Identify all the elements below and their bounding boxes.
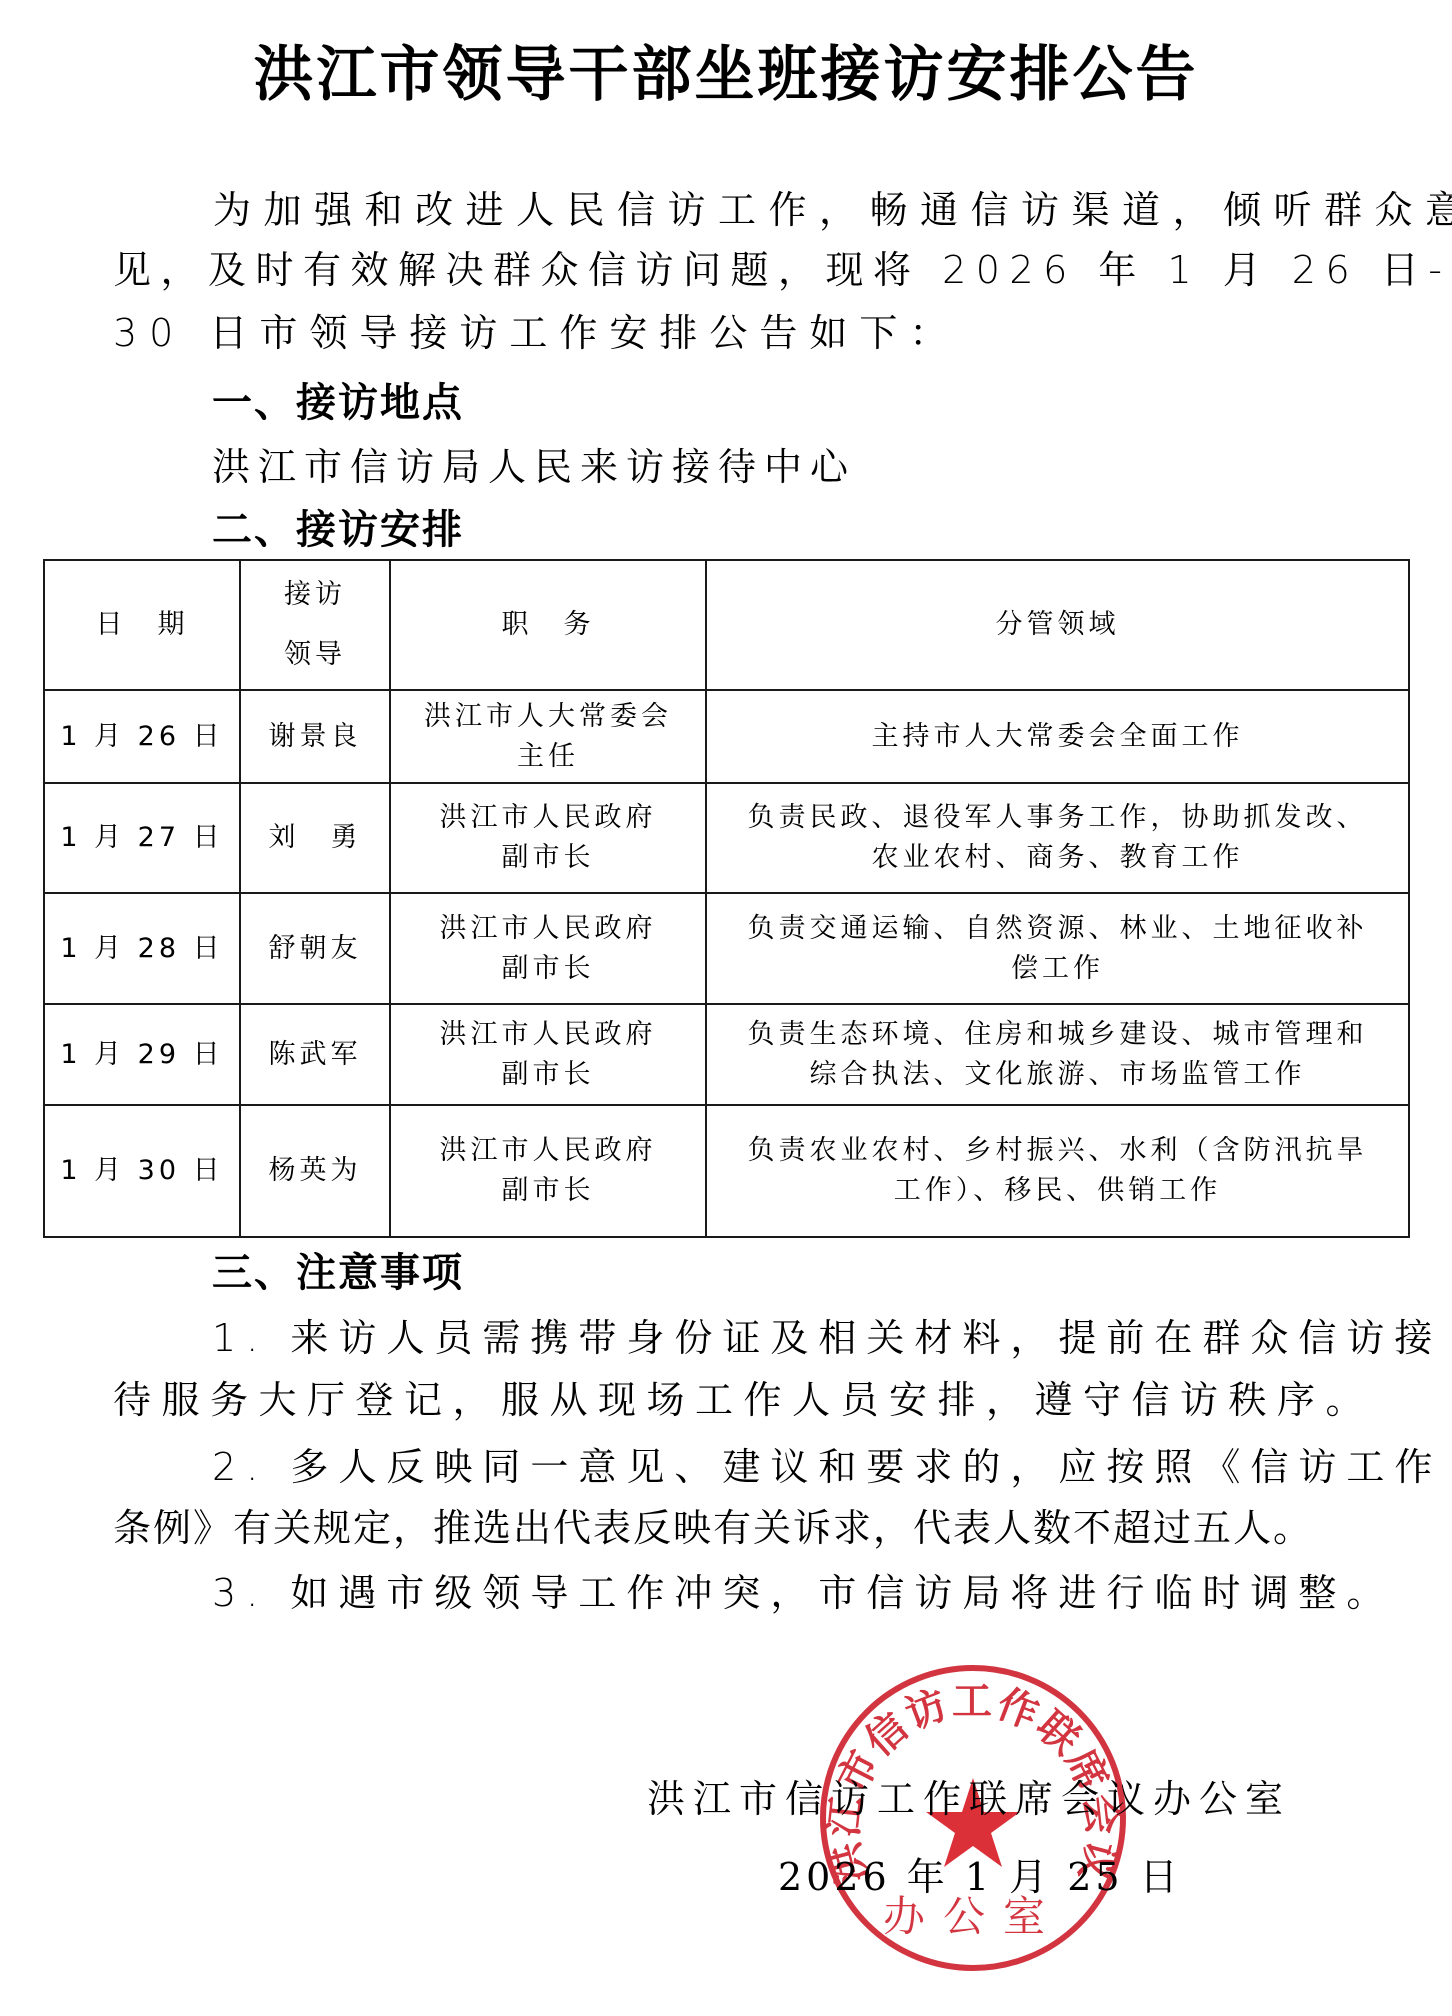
location-text: 洪江市信访局人民来访接待中心 (212, 442, 856, 492)
table-header-row: 日 期 接访 领导 职 务 分管领域 (44, 560, 1409, 690)
cell-leader: 舒朝友 (240, 893, 390, 1004)
section-heading-schedule: 二、接访安排 (212, 505, 464, 555)
domain-line2: 偿工作 (721, 949, 1394, 989)
domain-line2: 农业农村、商务、教育工作 (721, 838, 1394, 878)
position-line2: 副市长 (405, 949, 691, 989)
cell-domain: 主持市人大常委会全面工作 (706, 690, 1409, 783)
cell-domain: 负责民政、退役军人事务工作，协助抓发改、 农业农村、商务、教育工作 (706, 783, 1409, 893)
cell-leader: 谢景良 (240, 690, 390, 783)
position-line2: 主任 (405, 737, 691, 777)
schedule-table: 日 期 接访 领导 职 务 分管领域 1 月 26 日 谢景良 洪江市人大常委会… (43, 559, 1410, 1238)
note-2-line-2: 条例》有关规定，推选出代表反映有关诉求，代表人数不超过五人。 (113, 1503, 1313, 1553)
cell-position: 洪江市人民政府 副市长 (390, 1004, 706, 1105)
position-line1: 洪江市人民政府 (405, 798, 691, 838)
domain-line1: 负责生态环境、住房和城乡建设、城市管理和 (721, 1015, 1394, 1055)
table-row: 1 月 29 日 陈武军 洪江市人民政府 副市长 负责生态环境、住房和城乡建设、… (44, 1004, 1409, 1105)
cell-domain: 负责农业农村、乡村振兴、水利（含防汛抗旱 工作）、移民、供销工作 (706, 1105, 1409, 1237)
cell-domain: 负责交通运输、自然资源、林业、土地征收补 偿工作 (706, 893, 1409, 1004)
section-heading-notes: 三、注意事项 (212, 1248, 464, 1298)
cell-leader: 陈武军 (240, 1004, 390, 1105)
header-date: 日 期 (44, 560, 240, 690)
note-3-line-1: 3. 如遇市级领导工作冲突，市信访局将进行临时调整。 (212, 1568, 1394, 1618)
position-line2: 副市长 (405, 1171, 691, 1211)
domain-line2: 工作）、移民、供销工作 (721, 1171, 1394, 1211)
position-line1: 洪江市人大常委会 (405, 697, 691, 737)
domain-line1: 负责民政、退役军人事务工作，协助抓发改、 (721, 798, 1394, 838)
cell-date: 1 月 28 日 (44, 893, 240, 1004)
note-2-line-1: 2. 多人反映同一意见、建议和要求的，应按照《信访工作 (212, 1442, 1442, 1492)
intro-line-3: 30 日市领导接访工作安排公告如下： (113, 308, 959, 358)
cell-position: 洪江市人民政府 副市长 (390, 1105, 706, 1237)
issuing-organization: 洪江市信访工作联席会议办公室 (647, 1774, 1291, 1824)
cell-position: 洪江市人民政府 副市长 (390, 893, 706, 1004)
issue-date: 2026 年 1 月 25 日 (778, 1852, 1182, 1902)
header-leader-line1: 接访 (255, 575, 375, 615)
cell-domain: 负责生态环境、住房和城乡建设、城市管理和 综合执法、文化旅游、市场监管工作 (706, 1004, 1409, 1105)
position-line1: 洪江市人民政府 (405, 1015, 691, 1055)
cell-position: 洪江市人民政府 副市长 (390, 783, 706, 893)
header-leader-line2: 领导 (255, 635, 375, 675)
cell-date: 1 月 27 日 (44, 783, 240, 893)
domain-line1: 负责农业农村、乡村振兴、水利（含防汛抗旱 (721, 1131, 1394, 1171)
header-leader: 接访 领导 (240, 560, 390, 690)
position-line2: 副市长 (405, 838, 691, 878)
document-title: 洪江市领导干部坐班接访安排公告 (0, 40, 1452, 110)
table-row: 1 月 28 日 舒朝友 洪江市人民政府 副市长 负责交通运输、自然资源、林业、… (44, 893, 1409, 1004)
position-line2: 副市长 (405, 1055, 691, 1095)
intro-line-1: 为加强和改进人民信访工作，畅通信访渠道，倾听群众意 (213, 185, 1452, 235)
position-line1: 洪江市人民政府 (405, 909, 691, 949)
note-1-line-1: 1. 来访人员需携带身份证及相关材料，提前在群众信访接 (212, 1313, 1442, 1363)
position-line1: 洪江市人民政府 (405, 1131, 691, 1171)
header-position: 职 务 (390, 560, 706, 690)
table-row: 1 月 27 日 刘 勇 洪江市人民政府 副市长 负责民政、退役军人事务工作，协… (44, 783, 1409, 893)
domain-line1: 主持市人大常委会全面工作 (721, 717, 1394, 757)
cell-position: 洪江市人大常委会 主任 (390, 690, 706, 783)
note-1-line-2: 待服务大厅登记，服从现场工作人员安排，遵守信访秩序。 (113, 1375, 1374, 1425)
cell-leader: 刘 勇 (240, 783, 390, 893)
domain-line2: 综合执法、文化旅游、市场监管工作 (721, 1055, 1394, 1095)
cell-date: 1 月 26 日 (44, 690, 240, 783)
table-row: 1 月 30 日 杨英为 洪江市人民政府 副市长 负责农业农村、乡村振兴、水利（… (44, 1105, 1409, 1237)
section-heading-location: 一、接访地点 (212, 378, 464, 428)
cell-date: 1 月 29 日 (44, 1004, 240, 1105)
header-domain: 分管领域 (706, 560, 1409, 690)
domain-line1: 负责交通运输、自然资源、林业、土地征收补 (721, 909, 1394, 949)
intro-line-2: 见，及时有效解决群众信访问题，现将 2026 年 1 月 26 日-1 月 (113, 245, 1452, 295)
cell-leader: 杨英为 (240, 1105, 390, 1237)
cell-date: 1 月 30 日 (44, 1105, 240, 1237)
table-row: 1 月 26 日 谢景良 洪江市人大常委会 主任 主持市人大常委会全面工作 (44, 690, 1409, 783)
